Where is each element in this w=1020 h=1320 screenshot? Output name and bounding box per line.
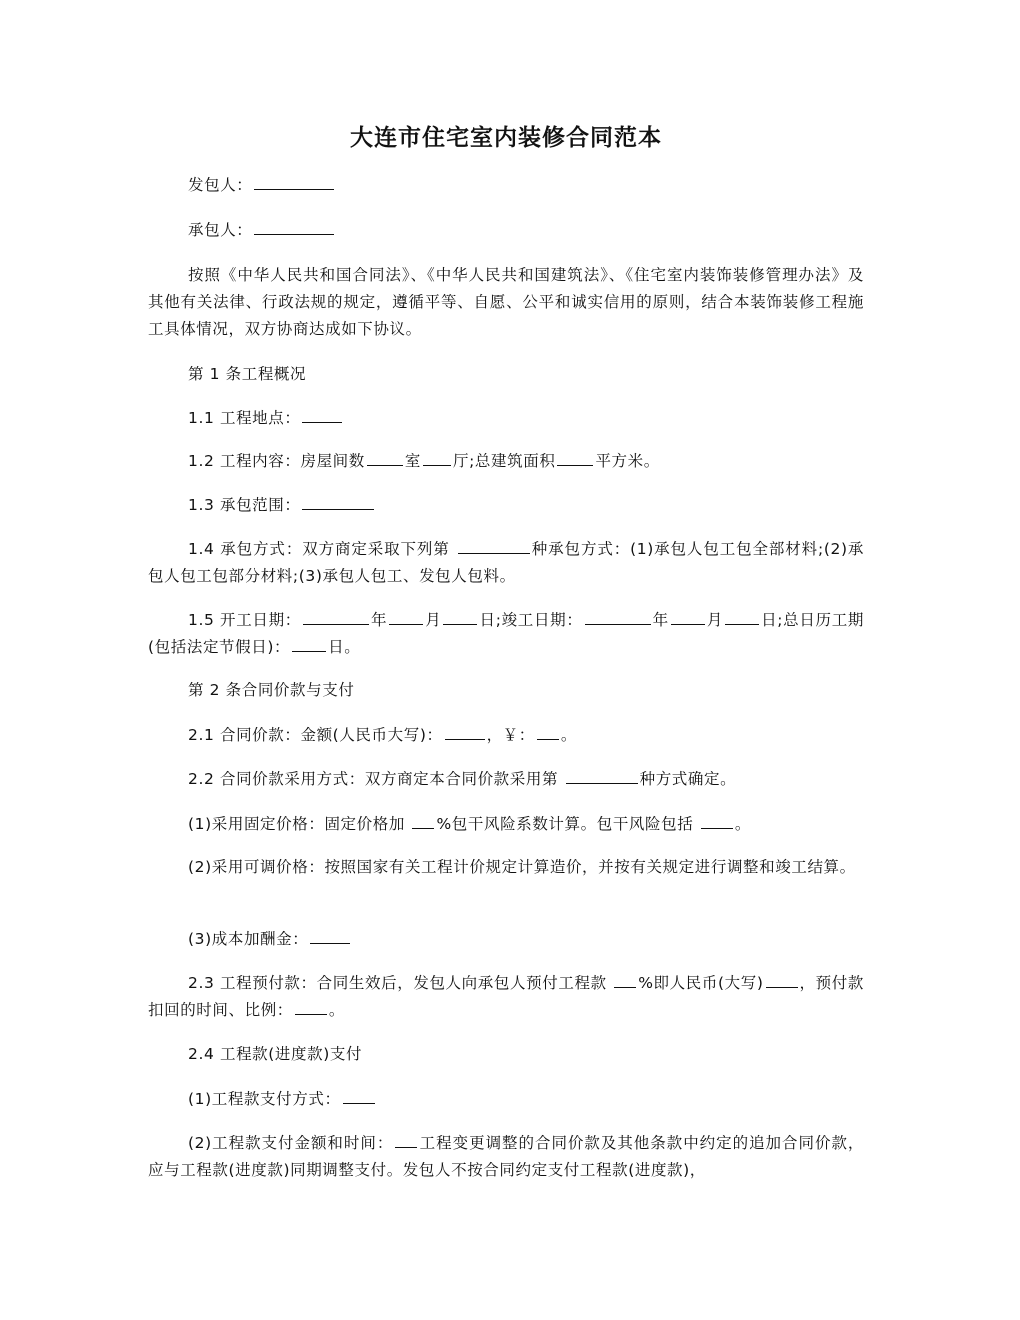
section-2-3: 2.3 工程预付款：合同生效后，发包人向承包人预付工程款 %即人民币(大写)，预…	[148, 970, 864, 1024]
section-2-4: 2.4 工程款(进度款)支付	[148, 1041, 864, 1068]
employer-blank	[254, 175, 334, 190]
contractor-blank	[254, 220, 334, 235]
section-1-5: 1.5 开工日期：年月日;竣工日期：年月日;总日历工期(包括法定节假日)：日。	[148, 607, 864, 661]
contractor-line: 承包人：	[148, 217, 864, 244]
employer-line: 发包人：	[148, 172, 864, 199]
section-2-2-2: (2)采用可调价格：按照国家有关工程计价规定计算造价，并按有关规定进行调整和竣工…	[148, 854, 864, 881]
duration-blank	[292, 637, 326, 652]
advance-amount-blank	[766, 973, 798, 988]
preamble-paragraph: 按照《中华人民共和国合同法》、《中华人民共和国建筑法》、《住宅室内装饰装修管理办…	[148, 262, 864, 343]
start-month-blank	[389, 610, 423, 625]
advance-percent-blank	[614, 973, 636, 988]
payment-amount-blank	[395, 1133, 417, 1148]
section-1-3: 1.3 承包范围：	[148, 492, 864, 519]
article-2-heading: 第 2 条合同价款与支付	[148, 677, 864, 704]
risk-percent-blank	[412, 814, 434, 829]
amount-words-blank	[445, 725, 485, 740]
section-1-4: 1.4 承包方式：双方商定采取下列第 种承包方式：(1)承包人包工包全部材料;(…	[148, 536, 864, 590]
section-2-2-3: (3)成本加酬金：	[148, 926, 864, 953]
section-1-2: 1.2 工程内容：房屋间数室厅;总建筑面积平方米。	[148, 448, 864, 475]
end-year-blank	[585, 610, 651, 625]
section-2-4-1: (1)工程款支付方式：	[148, 1086, 864, 1113]
article-1-heading: 第 1 条工程概况	[148, 361, 864, 388]
section-1-1: 1.1 工程地点：	[148, 405, 864, 432]
area-blank	[557, 451, 593, 466]
cost-plus-blank	[310, 929, 350, 944]
section-2-4-2: (2)工程款支付金额和时间：工程变更调整的合同价款及其他条款中约定的追加合同价款…	[148, 1130, 864, 1184]
price-method-blank	[566, 769, 638, 784]
risk-scope-blank	[701, 814, 733, 829]
section-2-1: 2.1 合同价款：金额(人民币大写)：，￥：。	[148, 722, 864, 749]
document-title: 大连市住宅室内装修合同范本	[148, 119, 864, 152]
start-year-blank	[303, 610, 369, 625]
end-day-blank	[725, 610, 759, 625]
start-day-blank	[443, 610, 477, 625]
halls-blank	[423, 451, 451, 466]
site-blank	[302, 408, 342, 423]
end-month-blank	[671, 610, 705, 625]
section-2-2: 2.2 合同价款采用方式：双方商定本合同价款采用第 种方式确定。	[148, 766, 864, 793]
scope-blank	[302, 495, 374, 510]
section-2-2-1: (1)采用固定价格：固定价格加 %包干风险系数计算。包干风险包括 。	[148, 811, 864, 838]
payment-method-blank	[343, 1089, 375, 1104]
method-blank	[458, 539, 530, 554]
deduction-blank	[295, 1000, 327, 1015]
rooms-blank	[367, 451, 403, 466]
amount-number-blank	[537, 725, 559, 740]
